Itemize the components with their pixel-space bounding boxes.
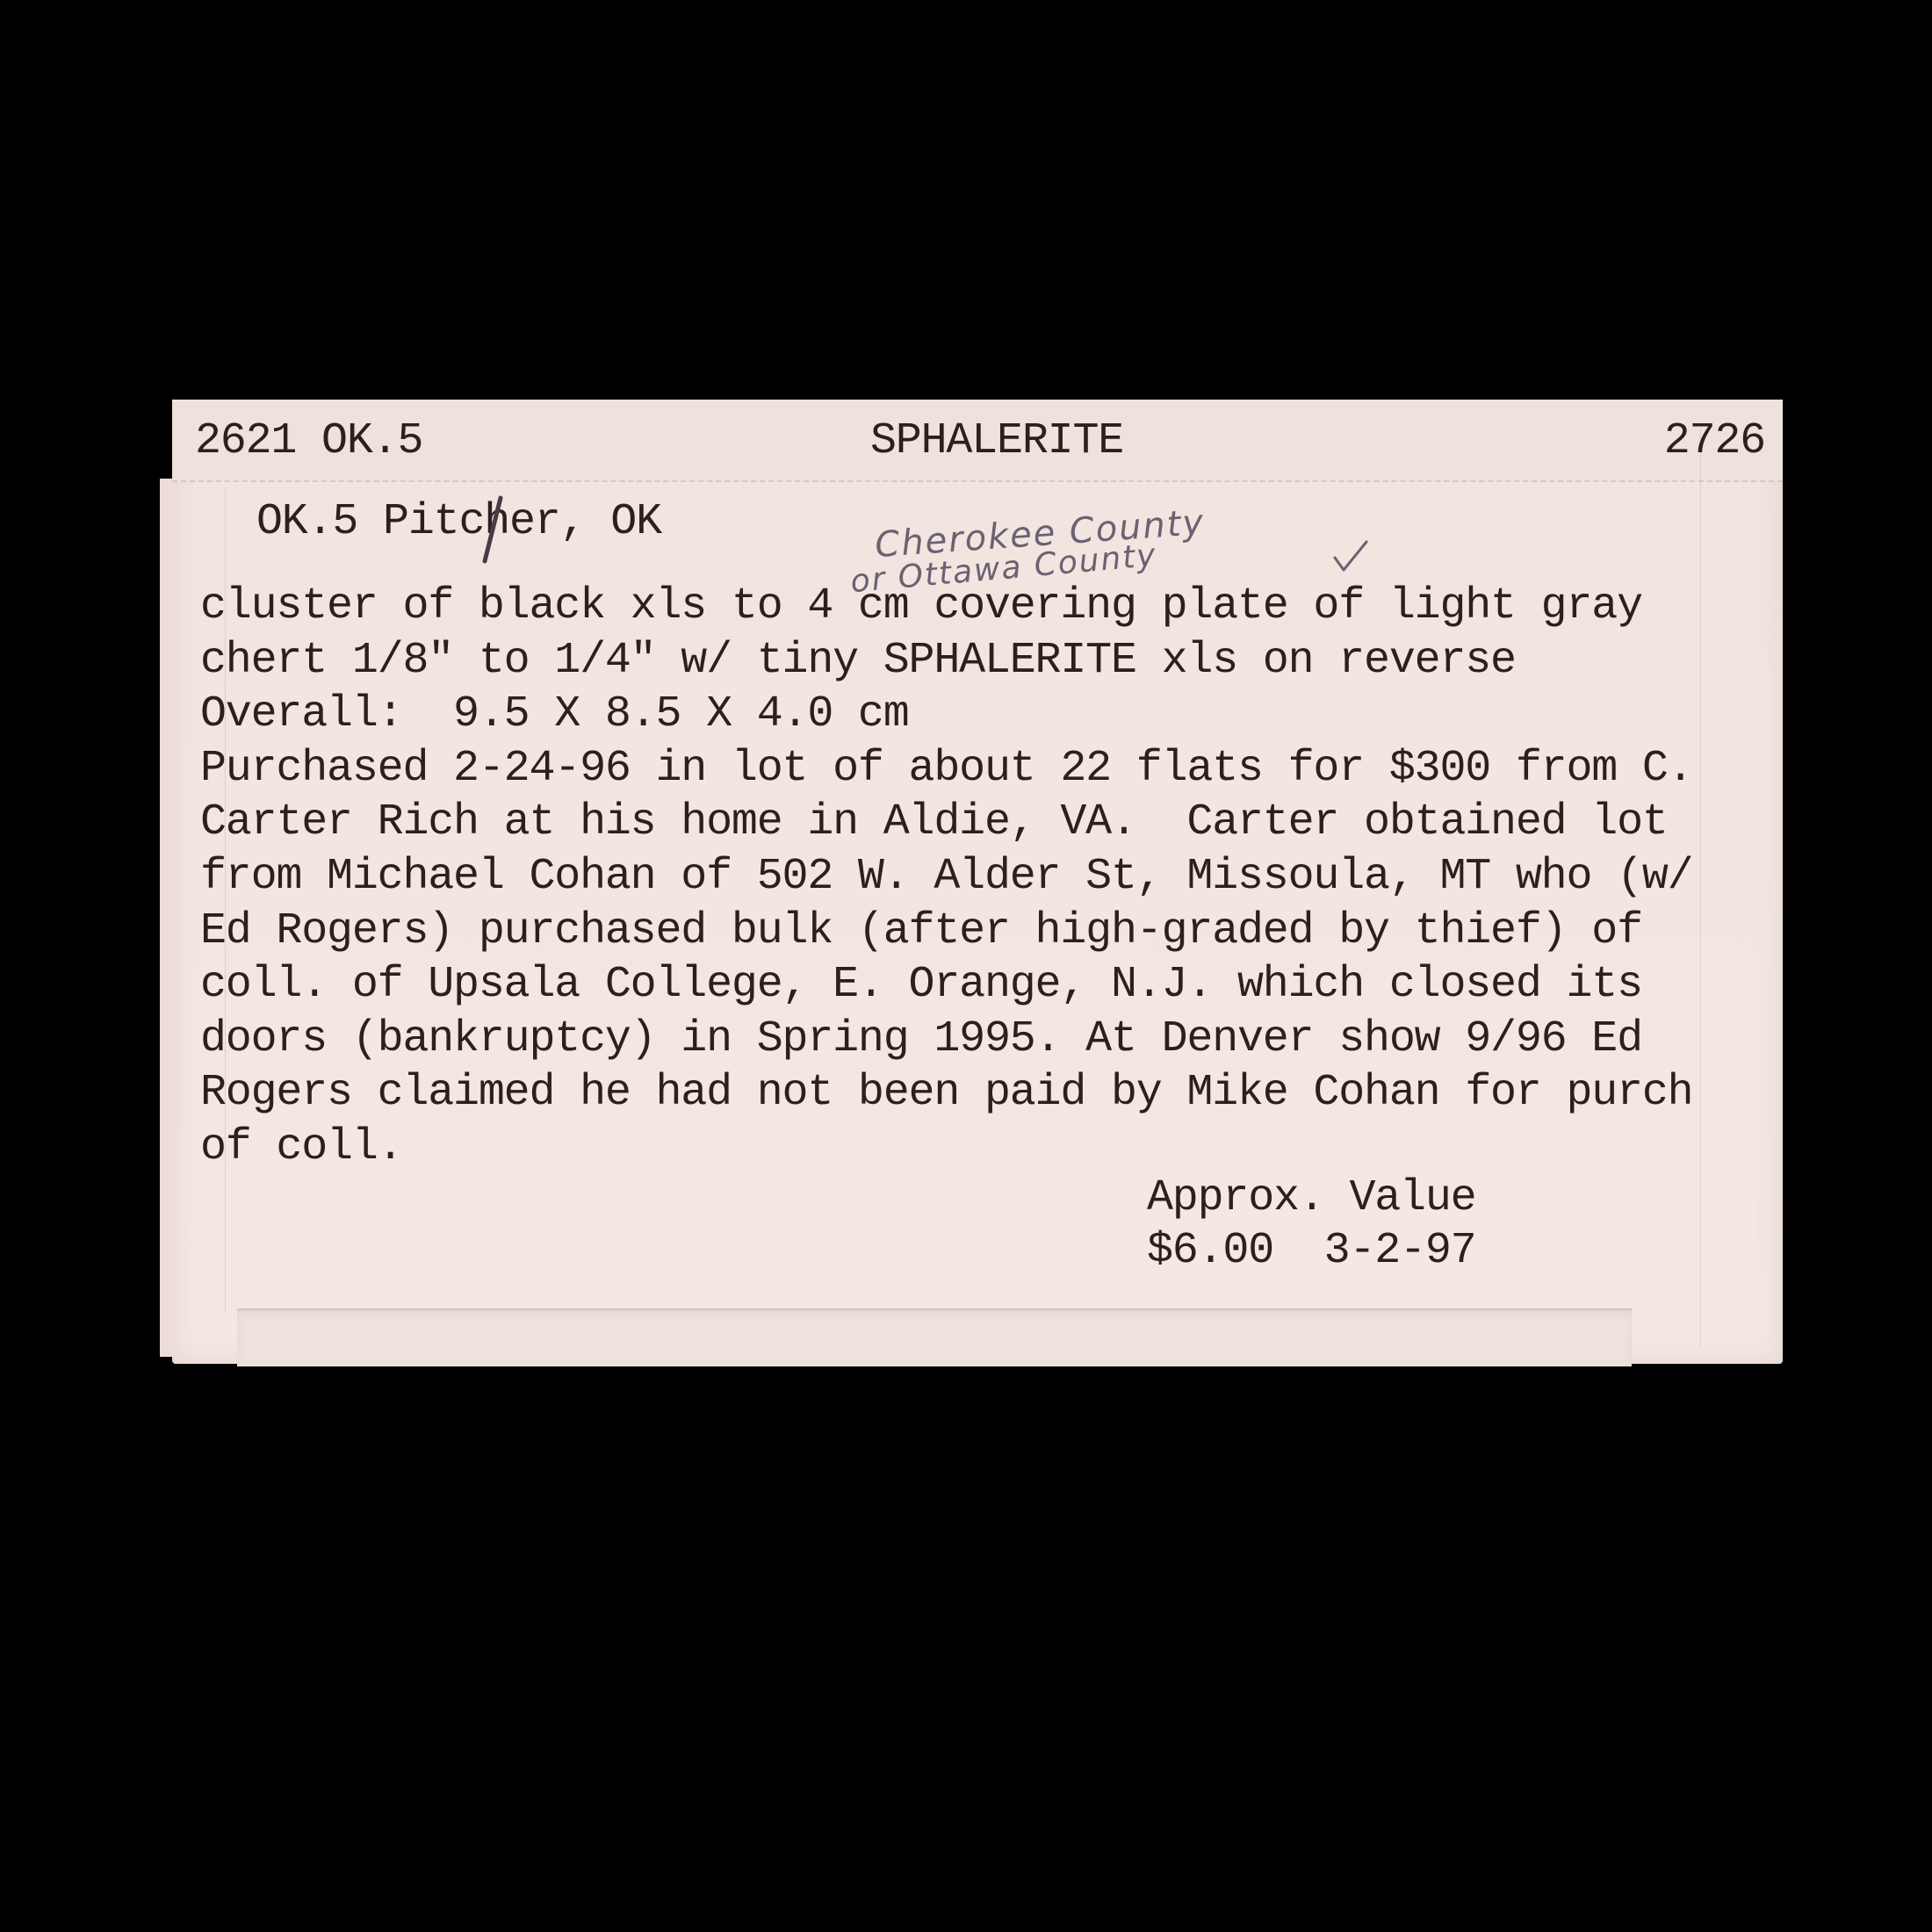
pencil-strike-mark-icon: [479, 494, 506, 565]
description-line: doors (bankruptcy) in Spring 1995. At De…: [200, 1013, 1693, 1067]
card-edge-strip: [160, 479, 174, 1357]
mineral-name: SPHALERITE: [870, 415, 1123, 468]
locality: OK.5 Pitcher, OK: [256, 496, 661, 549]
description-line: cluster of black xls to 4 cm covering pl…: [200, 580, 1693, 634]
description-block: cluster of black xls to 4 cm covering pl…: [200, 580, 1693, 1175]
valuation-label: Approx. Value: [1147, 1172, 1475, 1225]
description-line: Rogers claimed he had not been paid by M…: [200, 1066, 1693, 1121]
description-line: of coll.: [200, 1121, 1693, 1175]
description-line: from Michael Cohan of 502 W. Alder St, M…: [200, 850, 1693, 905]
description-line: Carter Rich at his home in Aldie, VA. Ca…: [200, 796, 1693, 850]
valuation-block: Approx. Value $6.00 3-2-97: [1147, 1172, 1475, 1278]
check-icon: [1331, 538, 1370, 573]
catalog-reference: 2621 OK.5: [195, 415, 422, 468]
specimen-label-card: 2621 OK.5 SPHALERITE 2726 OK.5 Pitcher, …: [172, 400, 1783, 1364]
description-line: coll. of Upsala College, E. Orange, N.J.…: [200, 958, 1693, 1013]
description-line: chert 1/8" to 1/4" w/ tiny SPHALERITE xl…: [200, 634, 1693, 688]
description-line: Purchased 2-24-96 in lot of about 22 fla…: [200, 742, 1693, 797]
specimen-number: 2726: [1664, 415, 1765, 468]
description-line: Ed Rogers) purchased bulk (after high-gr…: [200, 905, 1693, 959]
valuation-amount-date: $6.00 3-2-97: [1147, 1225, 1475, 1278]
description-line: Overall: 9.5 X 8.5 X 4.0 cm: [200, 688, 1693, 742]
fold-crease: [1700, 426, 1701, 1348]
tape-strip: [237, 1308, 1632, 1366]
